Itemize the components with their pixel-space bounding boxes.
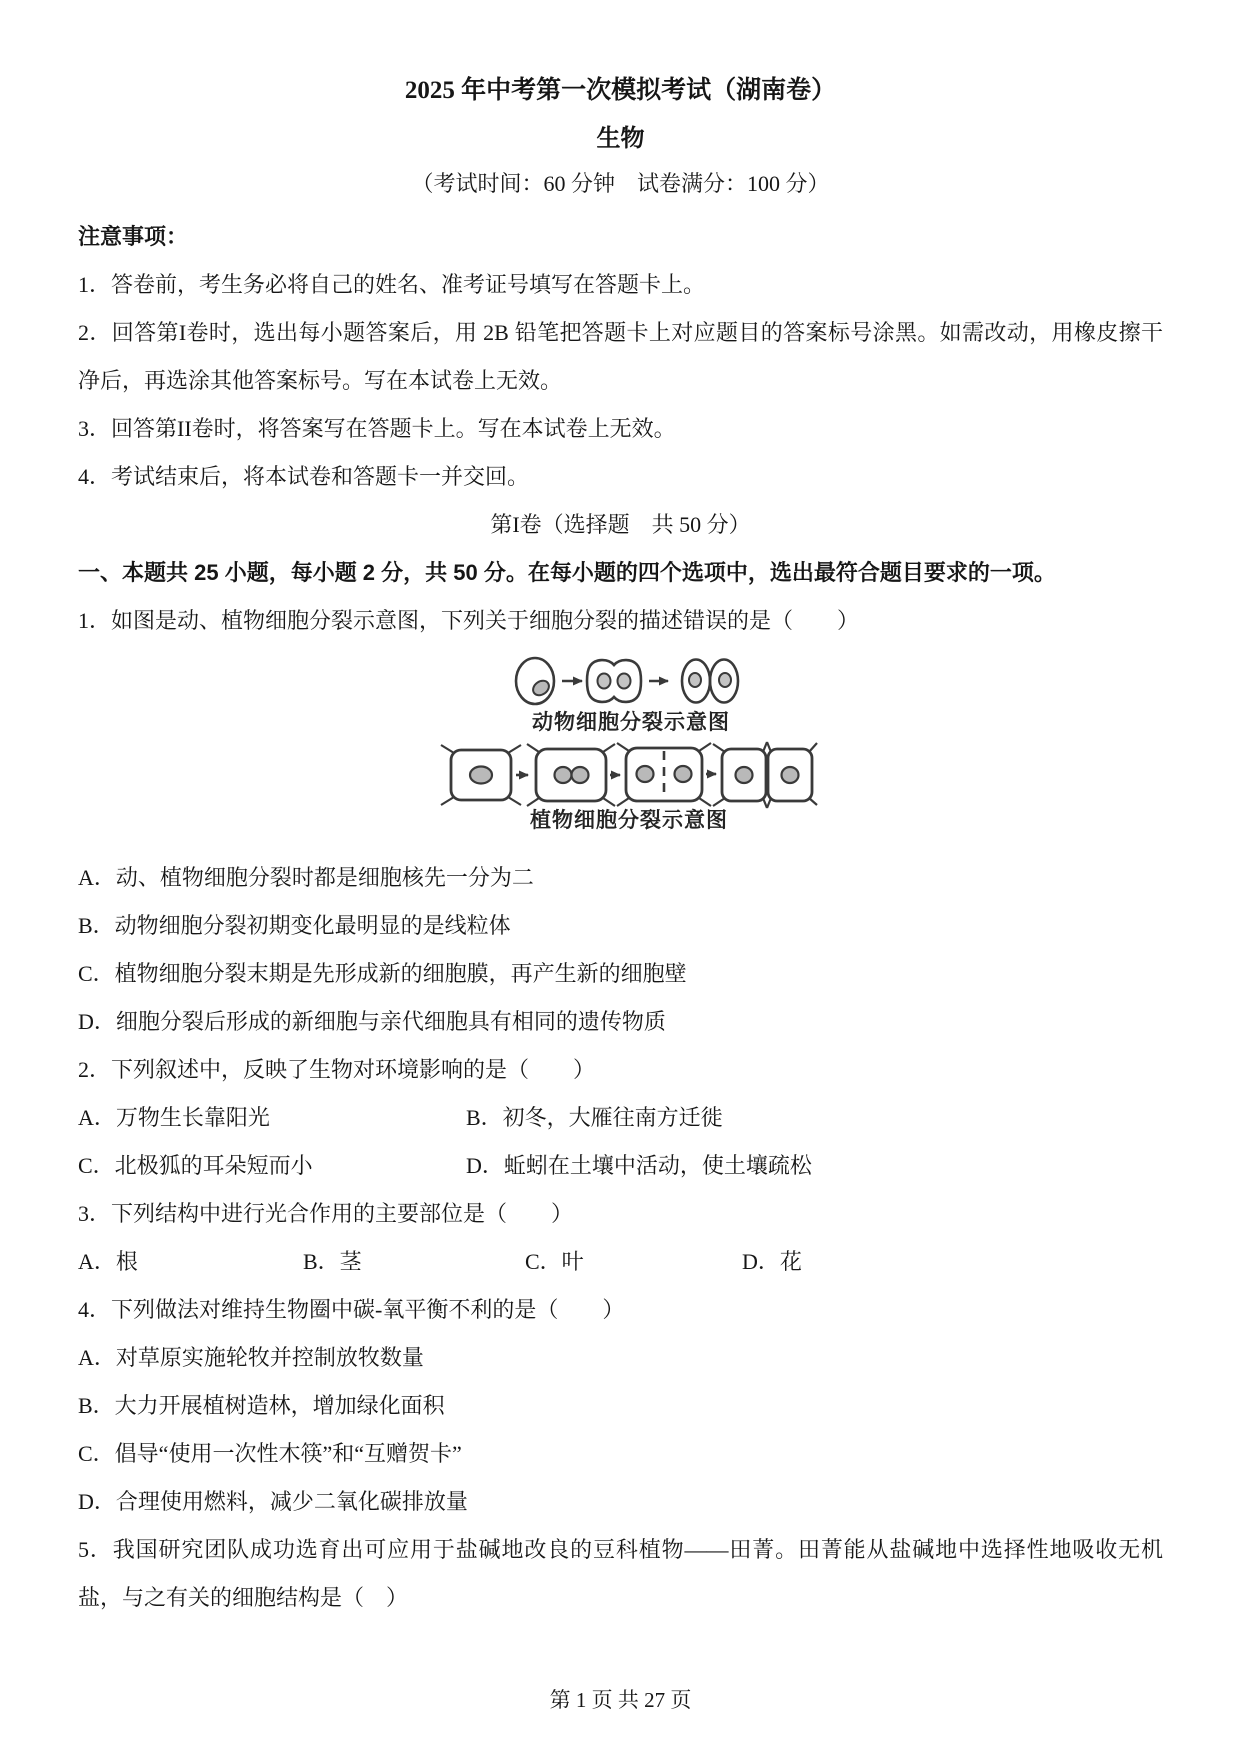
notice-item-1: 1．答卷前，考生务必将自己的姓名、准考证号填写在答题卡上。 (78, 261, 1163, 309)
question-4-option-d: D．合理使用燃料，减少二氧化碳排放量 (78, 1478, 1163, 1526)
exam-paper-page: 2025 年中考第一次模拟考试（湖南卷） 生物 （考试时间：60 分钟 试卷满分… (0, 0, 1241, 1754)
question-1-option-d: D．细胞分裂后形成的新细胞与亲代细胞具有相同的遗传物质 (78, 998, 1163, 1046)
plant-cell-division-row: 植物细胞分裂示意图 (441, 742, 817, 832)
question-1-option-b: B．动物细胞分裂初期变化最明显的是线粒体 (78, 902, 1163, 950)
page-number-indicator: 第 1 页 共 27 页 (0, 1688, 1241, 1712)
notice-item-3: 3．回答第II卷时，将答案写在答题卡上。写在本试卷上无效。 (78, 405, 1163, 453)
question-2-stem: 2．下列叙述中，反映了生物对环境影响的是（ ） (78, 1046, 1163, 1094)
volume-title: 第I卷（选择题 共 50 分） (78, 501, 1163, 549)
notice-item-4: 4．考试结束后，将本试卷和答题卡一并交回。 (78, 453, 1163, 501)
question-4-option-a: A．对草原实施轮牧并控制放牧数量 (78, 1334, 1163, 1382)
question-5-stem: 5．我国研究团队成功选育出可应用于盐碱地改良的豆科植物——田菁。田菁能从盐碱地中… (78, 1526, 1163, 1622)
notice-heading: 注意事项： (78, 213, 1163, 261)
subject-title: 生物 (78, 124, 1163, 154)
question-2-option-d: D．蚯蚓在土壤中活动，使土壤疏松 (466, 1142, 1163, 1190)
question-1-option-c: C．植物细胞分裂末期是先形成新的细胞膜，再产生新的细胞壁 (78, 950, 1163, 998)
question-1-option-a: A．动、植物细胞分裂时都是细胞核先一分为二 (78, 854, 1163, 902)
cell-division-diagram: 动物细胞分裂示意图 (439, 655, 819, 840)
section-instruction: 一、本题共 25 小题，每小题 2 分，共 50 分。在每小题的四个选项中，选出… (78, 549, 1163, 597)
question-2-option-a: A．万物生长靠阳光 (78, 1094, 466, 1142)
question-3-option-b: B．茎 (303, 1238, 525, 1286)
question-2-option-c: C．北极狐的耳朵短而小 (78, 1142, 466, 1190)
plant-cell-diagram-label: 植物细胞分裂示意图 (530, 808, 728, 832)
question-3-option-a: A．根 (78, 1238, 303, 1286)
question-2-options: A．万物生长靠阳光 B．初冬，大雁往南方迁徙 C．北极狐的耳朵短而小 D．蚯蚓在… (78, 1094, 1163, 1190)
question-3-option-c: C．叶 (525, 1238, 742, 1286)
question-4-stem: 4．下列做法对维持生物圈中碳-氧平衡不利的是（ ） (78, 1286, 1163, 1334)
animal-cell-division-row: 动物细胞分裂示意图 (516, 658, 738, 734)
page-title: 2025 年中考第一次模拟考试（湖南卷） (78, 74, 1163, 108)
notice-item-2: 2．回答第I卷时，选出每小题答案后，用 2B 铅笔把答题卡上对应题目的答案标号涂… (78, 309, 1163, 405)
question-3-stem: 3．下列结构中进行光合作用的主要部位是（ ） (78, 1190, 1163, 1238)
question-1-stem: 1．如图是动、植物细胞分裂示意图，下列关于细胞分裂的描述错误的是（ ） (78, 597, 1163, 645)
animal-cell-diagram-label: 动物细胞分裂示意图 (532, 710, 730, 734)
question-3-options: A．根 B．茎 C．叶 D．花 (78, 1238, 1163, 1286)
question-4-option-b: B．大力开展植树造林，增加绿化面积 (78, 1382, 1163, 1430)
question-3-option-d: D．花 (742, 1238, 1163, 1286)
question-2-option-b: B．初冬，大雁往南方迁徙 (466, 1094, 1163, 1142)
question-4-option-c: C．倡导“使用一次性木筷”和“互赠贺卡” (78, 1430, 1163, 1478)
exam-info-line: （考试时间：60 分钟 试卷满分：100 分） (78, 169, 1163, 199)
cell-division-figure: 动物细胞分裂示意图 (439, 655, 819, 845)
